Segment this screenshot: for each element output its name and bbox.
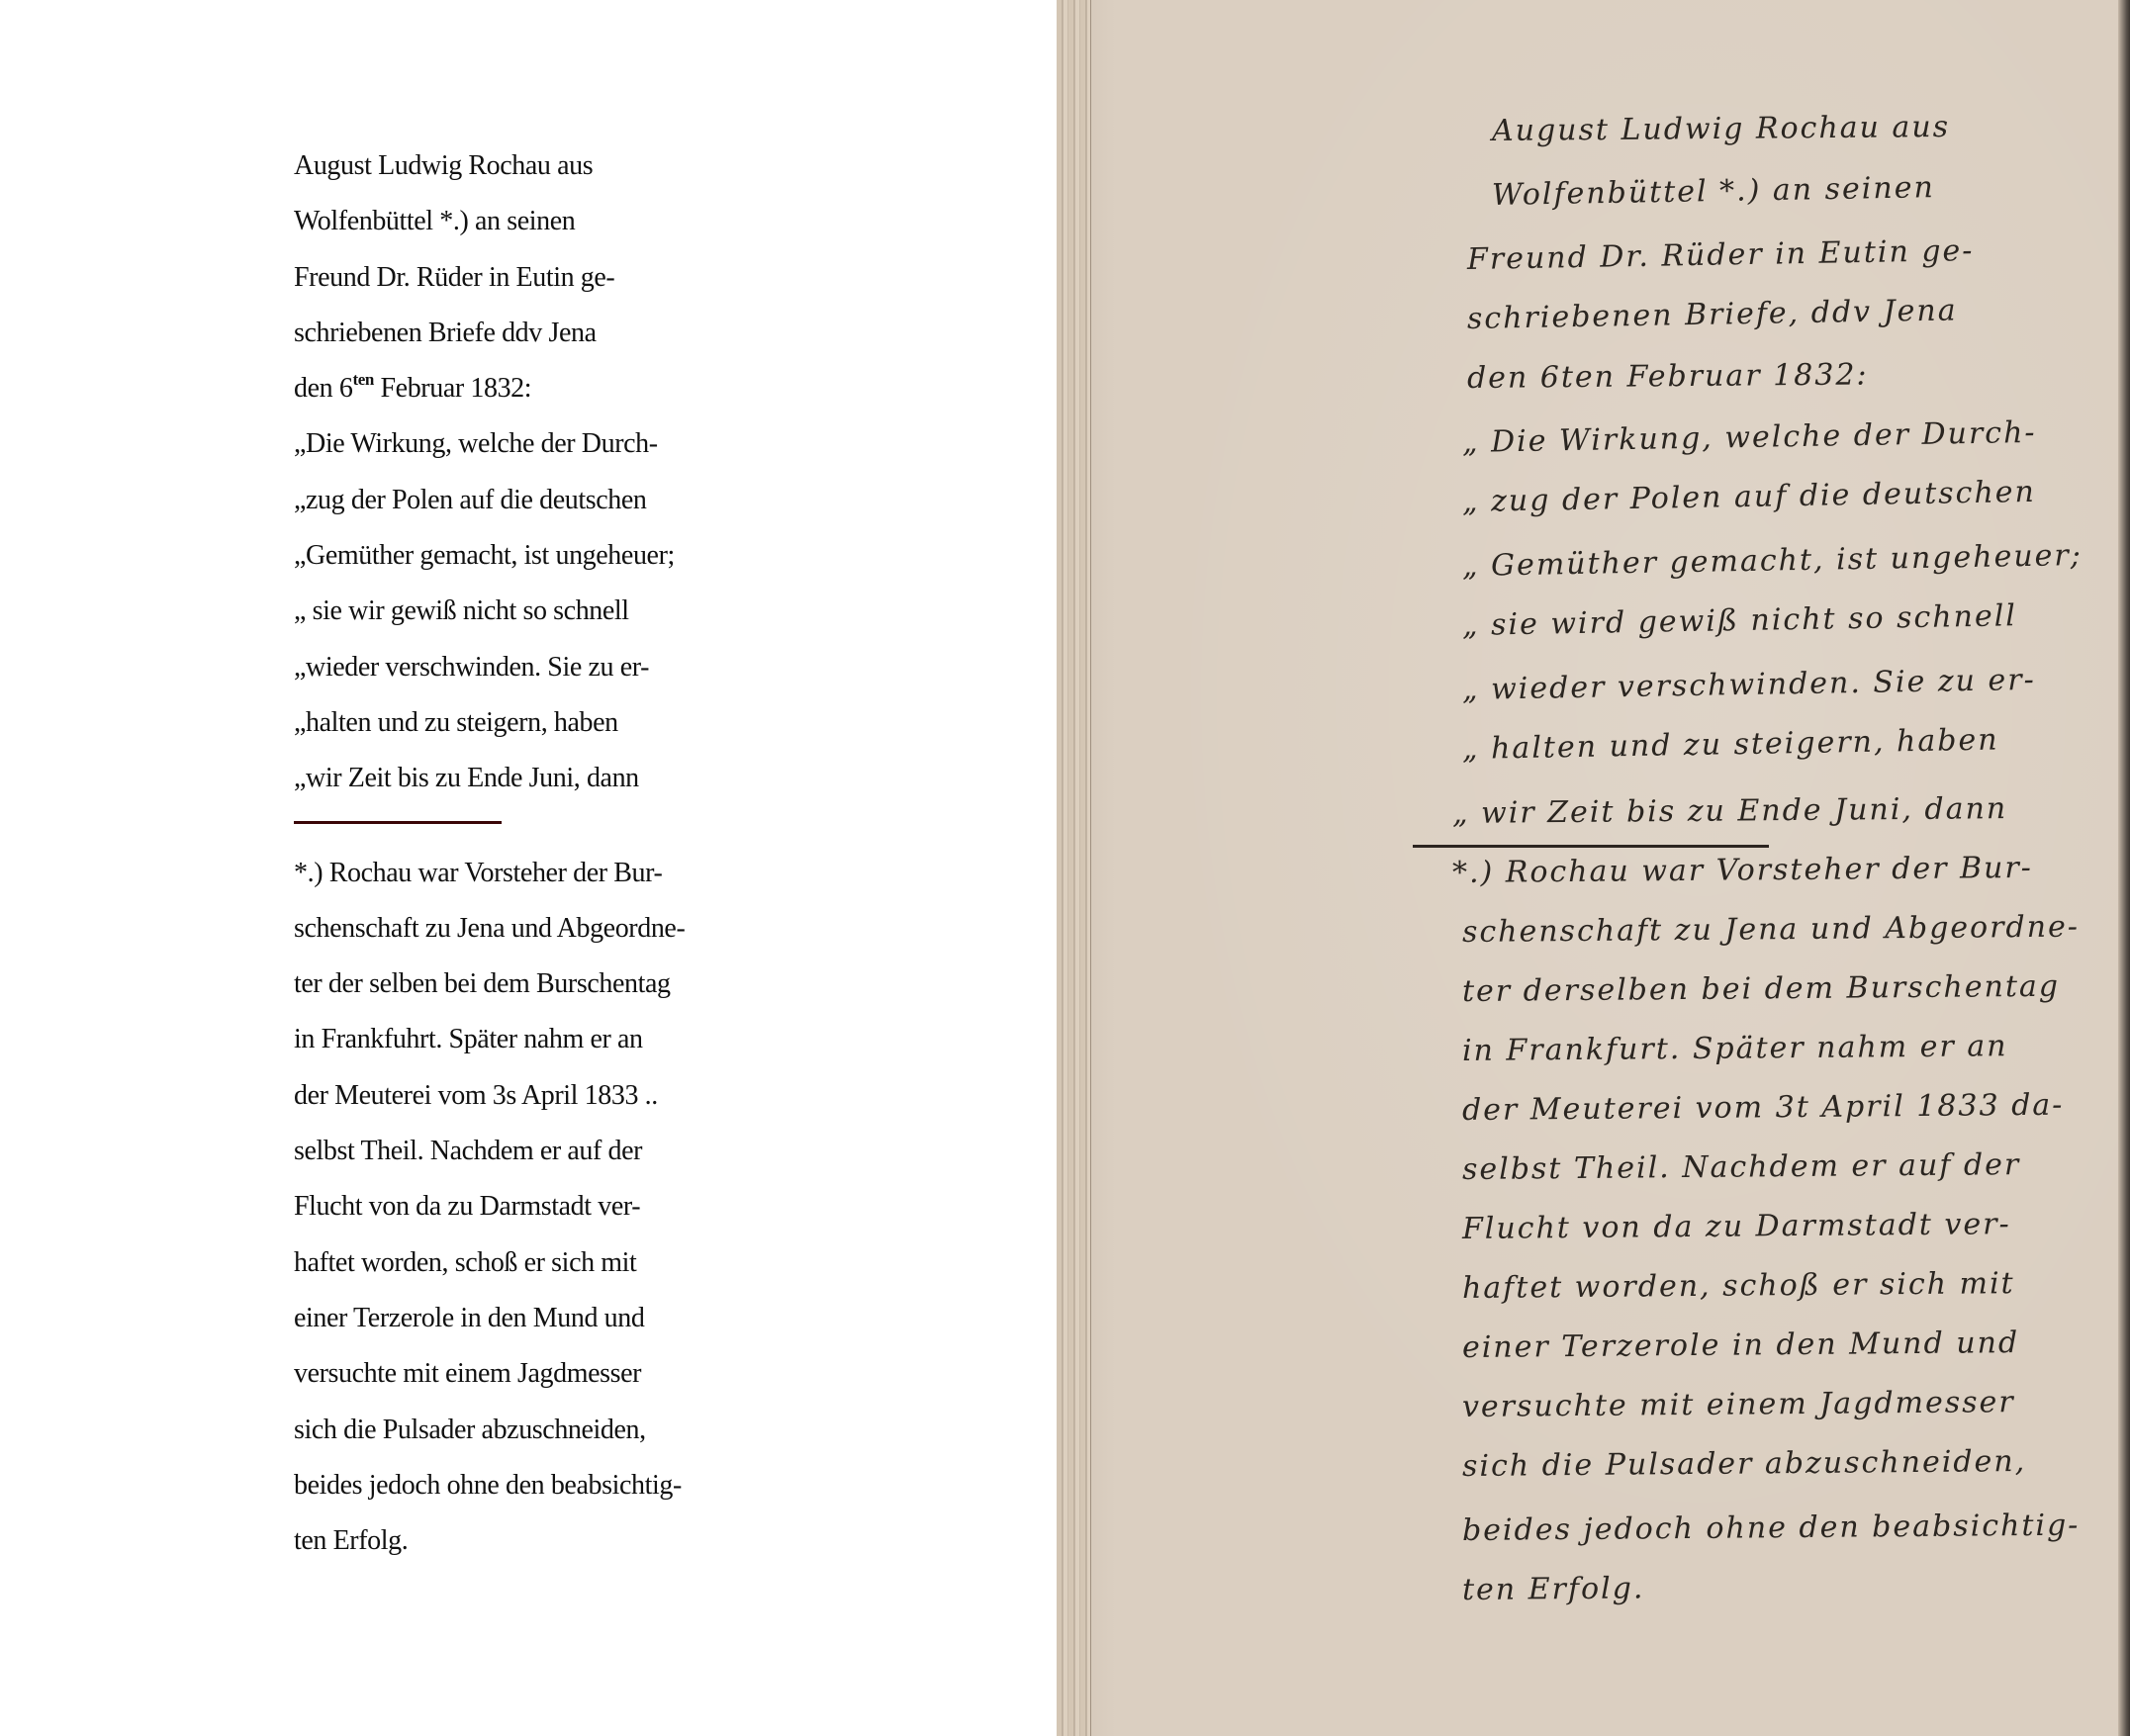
footnote-line: ter der selben bei dem Burschentag <box>294 957 749 1012</box>
footnote-divider <box>294 821 502 824</box>
manuscript-scan: August Ludwig Rochau aus Wolfenbüttel *.… <box>1057 0 2130 1736</box>
manuscript-line: in Frankfurt. Später nahm er an <box>1462 1029 2008 1068</box>
quote-line: „zug der Polen auf die deutschen <box>294 473 749 528</box>
manuscript-line: einer Terzerole in den Mund und <box>1462 1325 2019 1365</box>
date-superscript: ten <box>352 370 373 389</box>
manuscript-line: beides jedoch ohne den beabsichtig- <box>1462 1508 2081 1548</box>
footnote-line: sich die Pulsader abzuschneiden, <box>294 1403 749 1458</box>
manuscript-line: Wolfenbüttel *.) an seinen <box>1492 170 1935 213</box>
transcription-date-line: den 6ten Februar 1832: <box>294 361 749 416</box>
manuscript-line: den 6ten Februar 1832: <box>1467 357 1869 396</box>
manuscript-line: ter derselben bei dem Burschentag <box>1462 969 2060 1009</box>
date-prefix: den 6 <box>294 373 352 404</box>
manuscript-line: „ sie wird gewiß nicht so schnell <box>1462 598 2017 643</box>
footnote-line: selbst Theil. Nachdem er auf der <box>294 1124 749 1179</box>
manuscript-line: schenschaft zu Jena und Abgeordne- <box>1462 910 2080 950</box>
footnote-line: in Frankfuhrt. Später nahm er an <box>294 1012 749 1067</box>
manuscript-line: Freund Dr. Rüder in Eutin ge- <box>1467 233 1975 277</box>
quote-line: „wir Zeit bis zu Ende Juni, dann <box>294 751 749 806</box>
manuscript-line: August Ludwig Rochau aus <box>1492 110 1950 148</box>
manuscript-line: schriebenen Briefe, ddv Jena <box>1467 293 1958 336</box>
footnote-line: Flucht von da zu Darmstadt ver- <box>294 1179 749 1234</box>
manuscript-line: *.) Rochau war Vorsteher der Bur- <box>1452 851 2033 890</box>
quote-line: „ sie wir gewiß nicht so schnell <box>294 584 749 639</box>
transcription-line: Freund Dr. Rüder in Eutin ge- <box>294 250 749 306</box>
footnote-line: haftet worden, schoß er sich mit <box>294 1235 749 1291</box>
transcription-line: schriebenen Briefe ddv Jena <box>294 306 749 361</box>
quote-line: „wieder verschwinden. Sie zu er- <box>294 640 749 695</box>
footnote-line: schenschaft zu Jena und Abgeordne- <box>294 901 749 957</box>
manuscript-line: „ wir Zeit bis zu Ende Juni, dann <box>1452 791 2007 831</box>
book-spine <box>2118 0 2130 1736</box>
footnote-line: einer Terzerole in den Mund und <box>294 1291 749 1346</box>
transcription-text: August Ludwig Rochau aus Wolfenbüttel *.… <box>294 138 749 1569</box>
manuscript-line: versuchte mit einem Jagdmesser <box>1462 1385 2015 1424</box>
manuscript-line: haftet worden, schoß er sich mit <box>1462 1266 2015 1306</box>
manuscript-line: selbst Theil. Nachdem er auf der <box>1462 1147 2021 1187</box>
footnote-line: beides jedoch ohne den beabsichtig- <box>294 1458 749 1513</box>
manuscript-line: der Meuterei vom 3t April 1833 da- <box>1462 1088 2065 1128</box>
page-edges <box>1057 0 1091 1736</box>
manuscript-line: „ Die Wirkung, welche der Durch- <box>1462 415 2037 460</box>
manuscript-line: ten Erfolg. <box>1462 1571 1645 1607</box>
manuscript-line: Flucht von da zu Darmstadt ver- <box>1462 1207 2011 1246</box>
footnote-line: ten Erfolg. <box>294 1513 749 1569</box>
quote-line: „Die Wirkung, welche der Durch- <box>294 416 749 472</box>
manuscript-line: sich die Pulsader abzuschneiden, <box>1462 1444 2026 1484</box>
transcription-line: Wolfenbüttel *.) an seinen <box>294 194 749 249</box>
manuscript-line: „ halten und zu steigern, haben <box>1462 723 1999 767</box>
manuscript-footnote-rule <box>1413 845 1769 848</box>
footnote-line: *.) Rochau war Vorsteher der Bur- <box>294 846 749 901</box>
manuscript-line: „ Gemüther gemacht, ist ungeheuer; <box>1462 538 2083 584</box>
manuscript-line: „ wieder verschwinden. Sie zu er- <box>1462 663 2036 707</box>
quote-line: „halten und zu steigern, haben <box>294 695 749 751</box>
manuscript-line: „ zug der Polen auf die deutschen <box>1462 475 2036 519</box>
footnote-line: der Meuterei vom 3s April 1833 .. <box>294 1068 749 1124</box>
transcription-page: August Ludwig Rochau aus Wolfenbüttel *.… <box>0 0 1057 1736</box>
transcription-line: August Ludwig Rochau aus <box>294 138 749 194</box>
quote-line: „Gemüther gemacht, ist ungeheuer; <box>294 528 749 584</box>
footnote-line: versuchte mit einem Jagdmesser <box>294 1346 749 1402</box>
date-suffix: Februar 1832: <box>374 373 531 404</box>
